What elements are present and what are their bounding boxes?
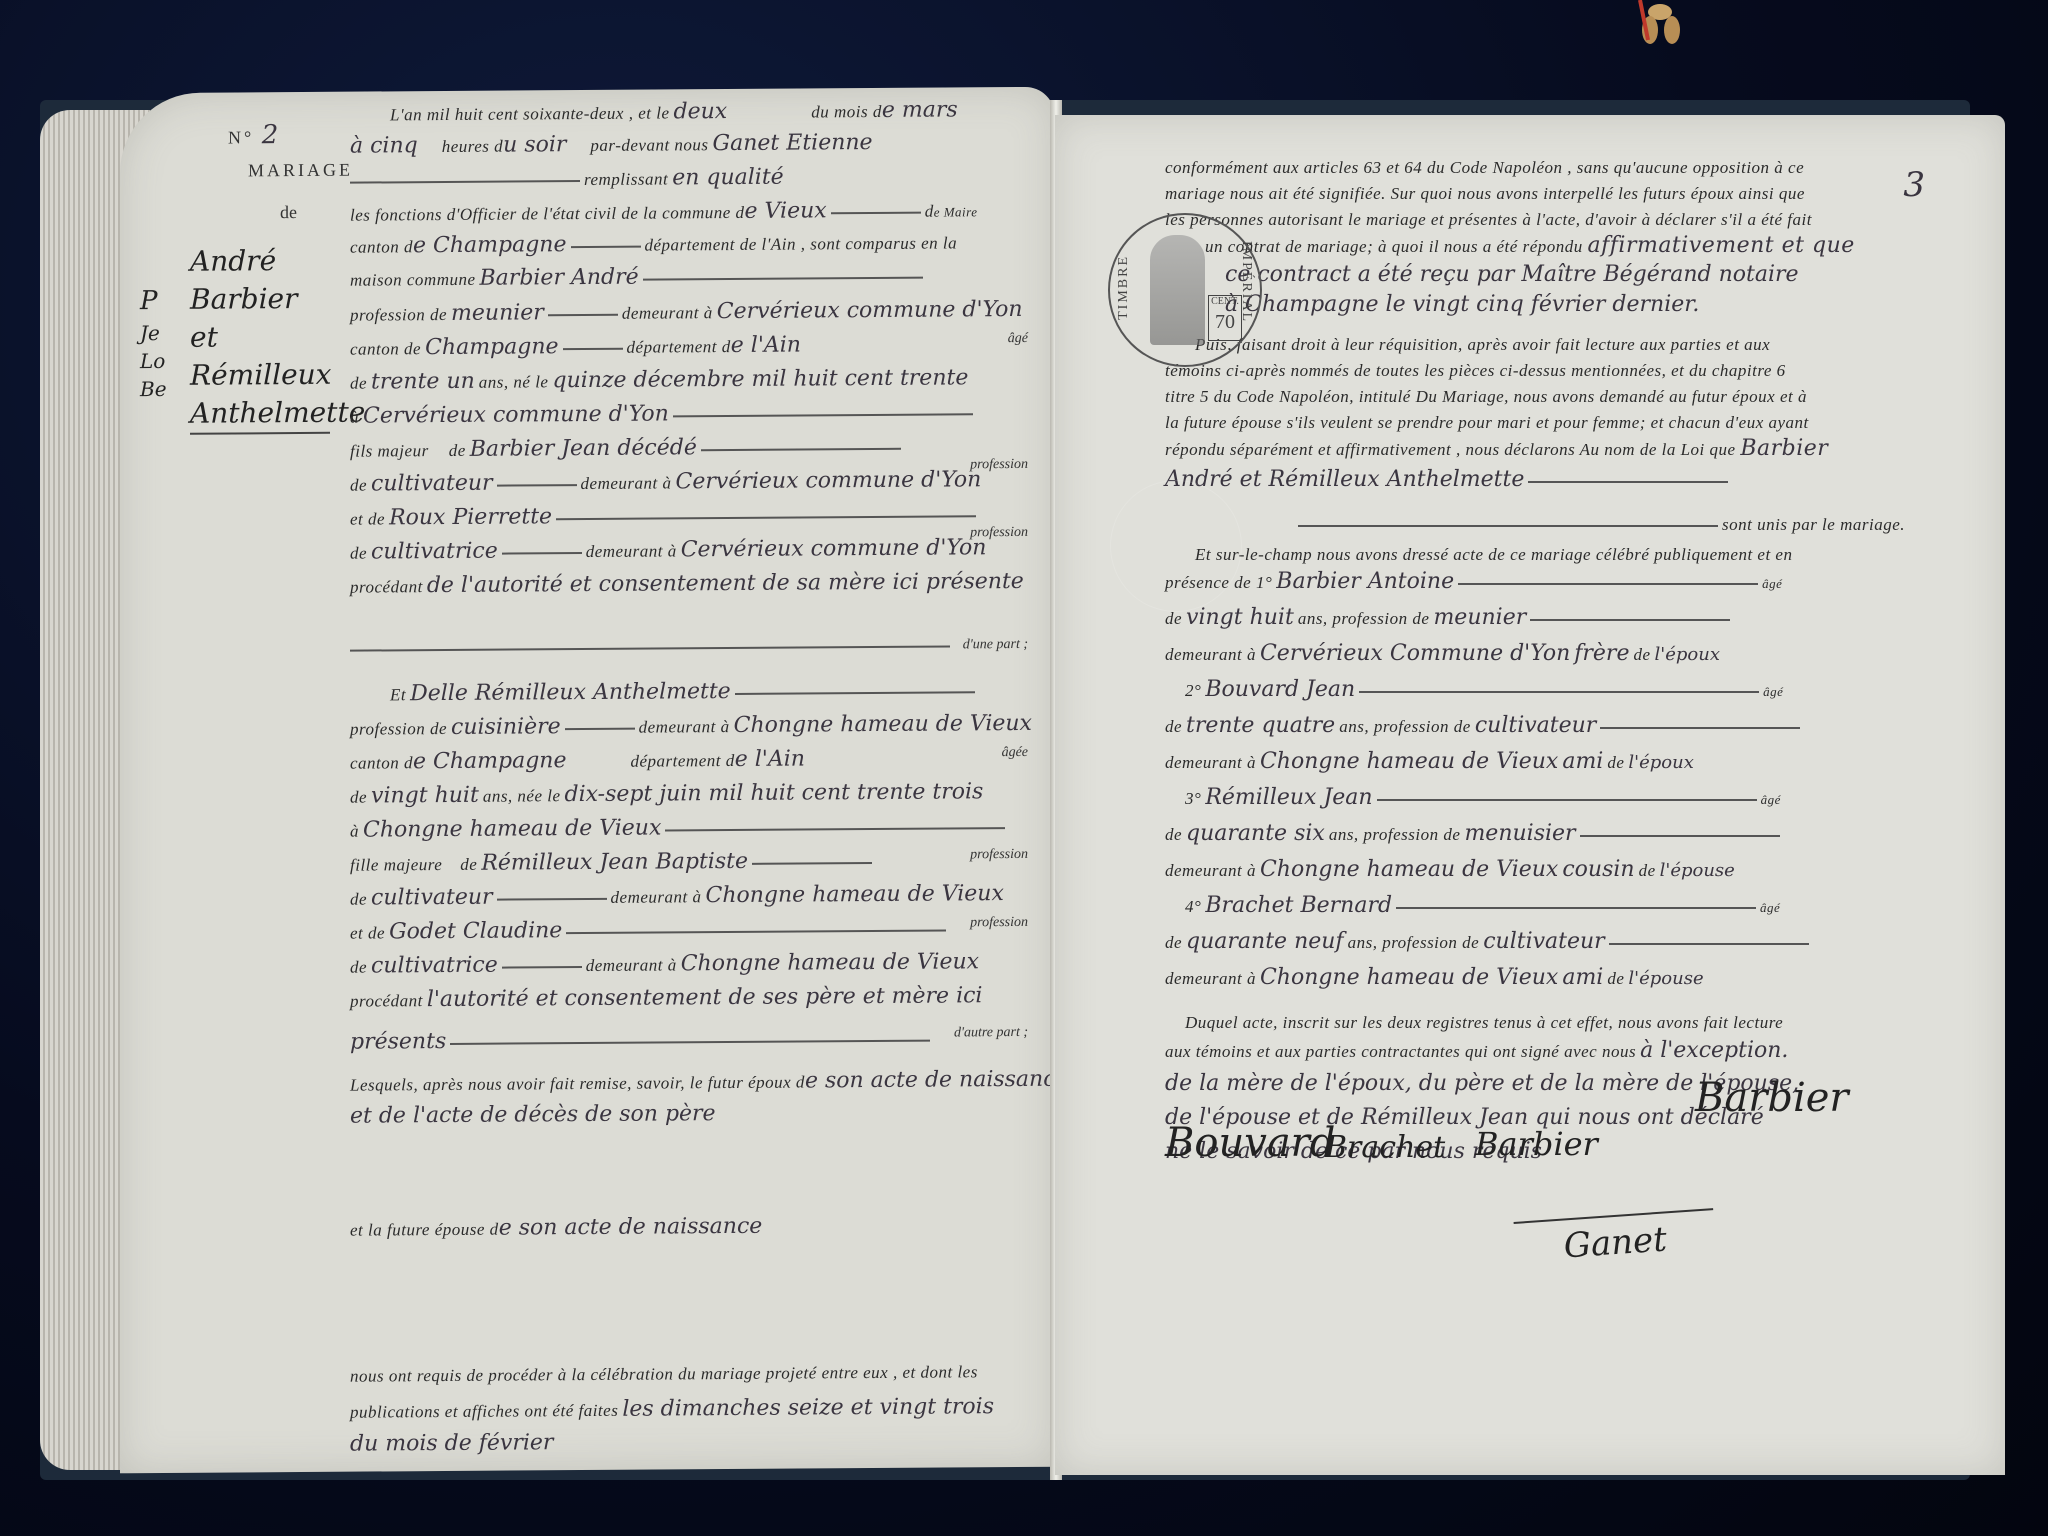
signature-barbier-groom: Barbier [1695, 1075, 1849, 1121]
witness-4: 4° Brachet Bernard âgé de quarante neuf … [1165, 889, 1905, 997]
folio-number: 3 [1903, 165, 1925, 205]
line-bride-birthplace: à Chongne hameau de Vieux [350, 813, 1040, 843]
line-future-epouse: et la future épouse de son acte de naiss… [350, 1212, 1040, 1242]
line-publications-2: publications et affiches ont été faites … [350, 1394, 1040, 1424]
line-une-part: d'une part ; [350, 637, 1040, 660]
signature-officer: Ganet [1514, 1208, 1717, 1270]
signature-barbier-witness: Barbier [1475, 1125, 1598, 1163]
witness-2: 2° Bouvard Jean âgé de trente quatre ans… [1165, 673, 1905, 781]
line-lesquels: Lesquels, après nous avoir fait remise, … [350, 1067, 1040, 1097]
line-fonctions: les fonctions d'Officier de l'état civil… [350, 197, 1040, 227]
line-remplissant: remplissant en qualité [350, 163, 1040, 193]
line-groom-age: de trente un ans, né le quinze décembre … [350, 365, 1040, 395]
witness-1: présence de 1° Barbier Antoine âgé de vi… [1165, 565, 1905, 673]
line-autre-part: présents d'autre part ; [350, 1025, 1040, 1055]
signature-bouvard: Bouvard [1165, 1120, 1335, 1166]
line-groom-mother: et de Roux Pierrette [350, 501, 1040, 531]
declared-names: André et Rémilleux Anthelmette [1165, 463, 1905, 499]
unis-line: sont unis par le mariage. [1165, 515, 1905, 535]
left-body: L'an mil huit cent soixante-deux , et le… [350, 97, 1040, 1402]
line-maison-commune: maison commune Barbier André [350, 262, 1040, 292]
line-groom-birthplace: à Cervérieux commune d'Yon [350, 399, 1040, 429]
paragraph-requisition: Puis, faisant droit à leur réquisition, … [1165, 332, 1905, 463]
paragraph-articles: conformément aux articles 63 et 64 du Co… [1165, 155, 1905, 260]
line-bride-canton: canton de Champagne département de l'Ain… [350, 745, 1040, 775]
act-heading-de: de [280, 202, 297, 223]
witness-3: 3° Rémilleux Jean âgé de quarante six an… [1165, 781, 1905, 889]
line-bride-father: fille majeure de Rémilleux Jean Baptiste… [350, 847, 1040, 877]
right-body: conformément aux articles 63 et 64 du Co… [1165, 155, 1905, 1169]
line-bride-father-profession: de cultivateur demeurant à Chongne hamea… [350, 881, 1040, 911]
act-number: N° 2 [228, 120, 281, 150]
act-heading: MARIAGE [248, 160, 353, 182]
line-groom-mother-profession: de cultivatrice demeurant à Cervérieux c… [350, 535, 1040, 565]
line-hour: à cinq heures du soir par-devant nous Ga… [350, 129, 1040, 159]
line-bride-age: de vingt huit ans, née le dix-sept juin … [350, 779, 1040, 809]
line-lesquels-2: et de l'acte de décès de son père [350, 1099, 1040, 1129]
line-bride-profession: profession de cuisinière demeurant à Cho… [350, 711, 1040, 741]
presence-intro: Et sur-le-champ nous avons dressé acte d… [1165, 545, 1905, 565]
signature-brachet: Brachet [1325, 1130, 1445, 1165]
tax-stamp: TIMBRE IMPÉRIAL CENT. 70 [1108, 213, 1262, 367]
allegory-figure-icon [1150, 235, 1205, 345]
line-date: L'an mil huit cent soixante-deux , et le… [350, 97, 1040, 127]
line-bride-name: Et Delle Rémilleux Anthelmette [350, 677, 1040, 707]
line-publications-3: du mois de février [350, 1427, 1040, 1457]
line-publications-1: nous ont requis de procéder à la célébra… [350, 1362, 1040, 1387]
line-groom-profession: profession de meunier demeurant à Cervér… [350, 297, 1040, 327]
margin-annotation: P Je Lo Be [140, 283, 190, 403]
line-canton: canton de Champagne département de l'Ain… [350, 229, 1040, 259]
line-groom-consent: procédant de l'autorité et consentement … [350, 569, 1040, 599]
line-groom-canton: canton de Champagne département de l'Ain… [350, 331, 1040, 361]
line-bride-consent: procédant l'autorité et consentement de … [350, 983, 1040, 1013]
contract-answer: ce contract a été reçu par Maître Bégéra… [1165, 260, 1905, 320]
line-groom-father: fils majeur de Barbier Jean décédé [350, 433, 1040, 463]
margin-names: André Barbier et Rémilleux Anthelmette [190, 242, 330, 435]
line-groom-father-profession: de cultivateur demeurant à Cervérieux co… [350, 467, 1040, 497]
stamp-value: CENT. 70 [1208, 295, 1242, 341]
embossed-seal [1110, 480, 1242, 612]
line-bride-mother-profession: de cultivatrice demeurant à Chongne hame… [350, 949, 1040, 979]
fabric-flower-decoration [1620, 0, 1700, 50]
line-bride-mother: et de Godet Claudine profession [350, 915, 1040, 945]
left-page: N° 2 MARIAGE de André Barbier et Rémille… [120, 87, 1055, 1474]
